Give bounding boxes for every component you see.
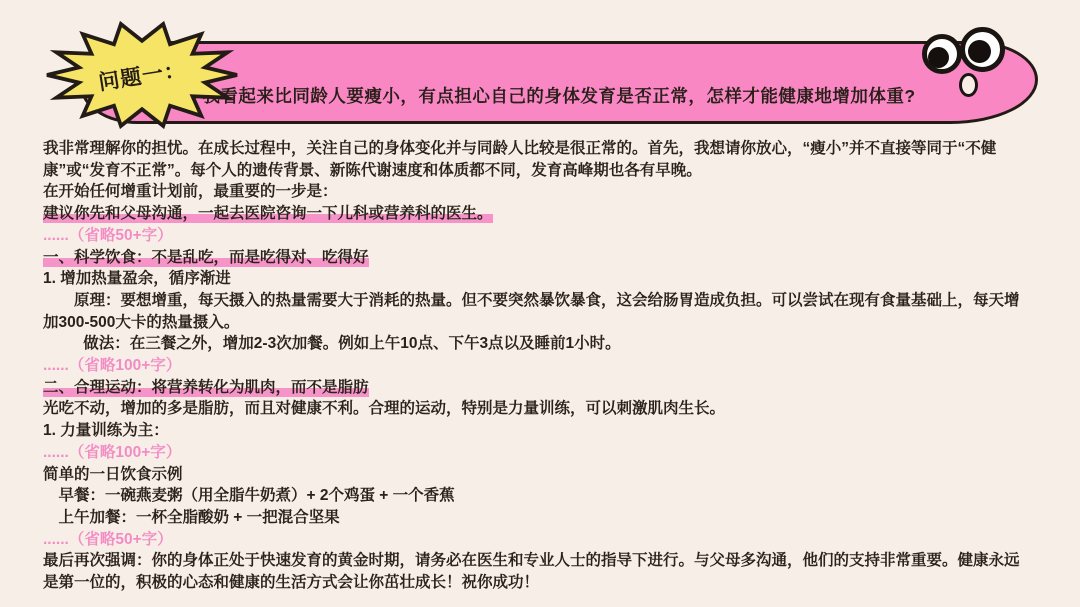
answer-intro: 我非常理解你的担忧。在成长过程中，关注自己的身体变化并与同龄人比较是很正常的。首… xyxy=(43,138,1028,181)
section-1-heading: 一、科学饮食：不是乱吃，而是吃得对、吃得好 xyxy=(43,247,1028,269)
omitted-note-2: ......（省略100+字） xyxy=(43,355,1028,377)
answer-body: 我非常理解你的担忧。在成长过程中，关注自己的身体变化并与同龄人比较是很正常的。首… xyxy=(43,138,1028,594)
final-emphasis: 最后再次强调：你的身体正处于快速发育的黄金时期，请务必在医生和专业人士的指导下进… xyxy=(43,550,1028,593)
section-2-point-1: 1. 力量训练为主： xyxy=(43,420,1028,442)
omitted-note-3: ......（省略100+字） xyxy=(43,442,1028,464)
right-pupil-icon xyxy=(968,40,991,63)
section-2-intro: 光吃不动，增加的多是脂肪，而且对健康不利。合理的运动，特别是力量训练，可以刺激肌… xyxy=(43,398,1028,420)
method-text: 做法：在三餐之外，增加2-3次加餐。例如上午10点、下午3点以及睡前1小时。 xyxy=(43,333,1028,355)
omitted-note-4: ......（省略50+字） xyxy=(43,529,1028,551)
left-pupil-icon xyxy=(928,47,949,68)
page: 我看起来比同龄人要瘦小，有点担心自己的身体发育是否正常，怎样才能健康地增加体重?… xyxy=(0,0,1080,607)
question-text: 我看起来比同龄人要瘦小，有点担心自己的身体发育是否正常，怎样才能健康地增加体重? xyxy=(202,57,915,108)
doctor-advice-highlight: 建议你先和父母沟通，一起去医院咨询一下儿科或营养科的医生。 xyxy=(43,203,1028,225)
breakfast-item: 早餐：一碗燕麦粥（用全脂牛奶煮）+ 2个鸡蛋 + 一个香蕉 xyxy=(43,485,1028,507)
omitted-note-1: ......（省略50+字） xyxy=(43,225,1028,247)
principle-text: 原理：要想增重，每天摄入的热量需要大于消耗的热量。但不要突然暴饮暴食，这会给肠胃… xyxy=(43,290,1028,333)
right-eye-icon xyxy=(960,27,1005,72)
section-1-point-1: 1. 增加热量盈余，循序渐进 xyxy=(43,268,1028,290)
section-2-heading: 二、合理运动：将营养转化为肌肉，而不是脂肪 xyxy=(43,377,1028,399)
o-mouth-icon xyxy=(959,73,978,97)
left-eye-icon xyxy=(922,34,962,74)
meal-example-heading: 简单的一日饮食示例 xyxy=(43,464,1028,486)
morning-snack-item: 上午加餐：一杯全脂酸奶 + 一把混合坚果 xyxy=(43,507,1028,529)
first-step-lead: 在开始任何增重计划前，最重要的一步是： xyxy=(43,181,1028,203)
question-badge: 问题一： xyxy=(36,18,248,132)
